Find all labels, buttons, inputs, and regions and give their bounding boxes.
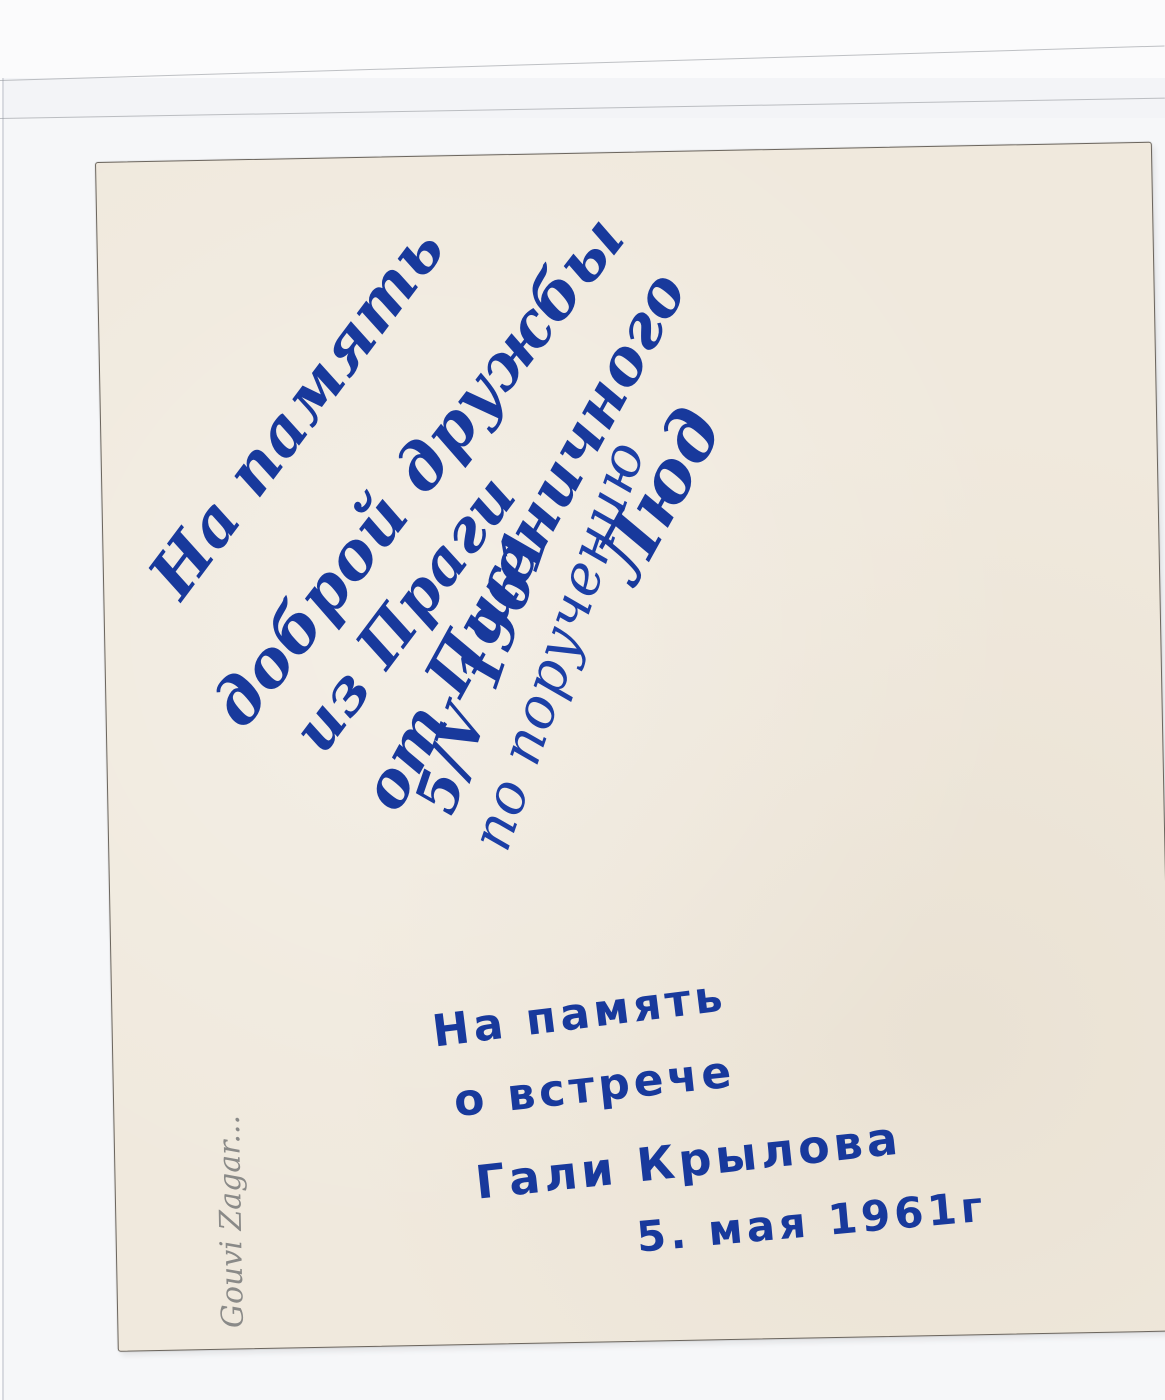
pencil-note: Gouvi Zagar... [212, 1115, 251, 1329]
sleeve-edge-line [0, 45, 1165, 81]
inscription-line: На память [430, 970, 730, 1057]
inscription-line: 5. мая 1961г [635, 1182, 989, 1262]
inscription-line: о встрече [451, 1046, 737, 1127]
postcard: На память доброй дружбы из Праги от Пшен… [95, 142, 1165, 1352]
